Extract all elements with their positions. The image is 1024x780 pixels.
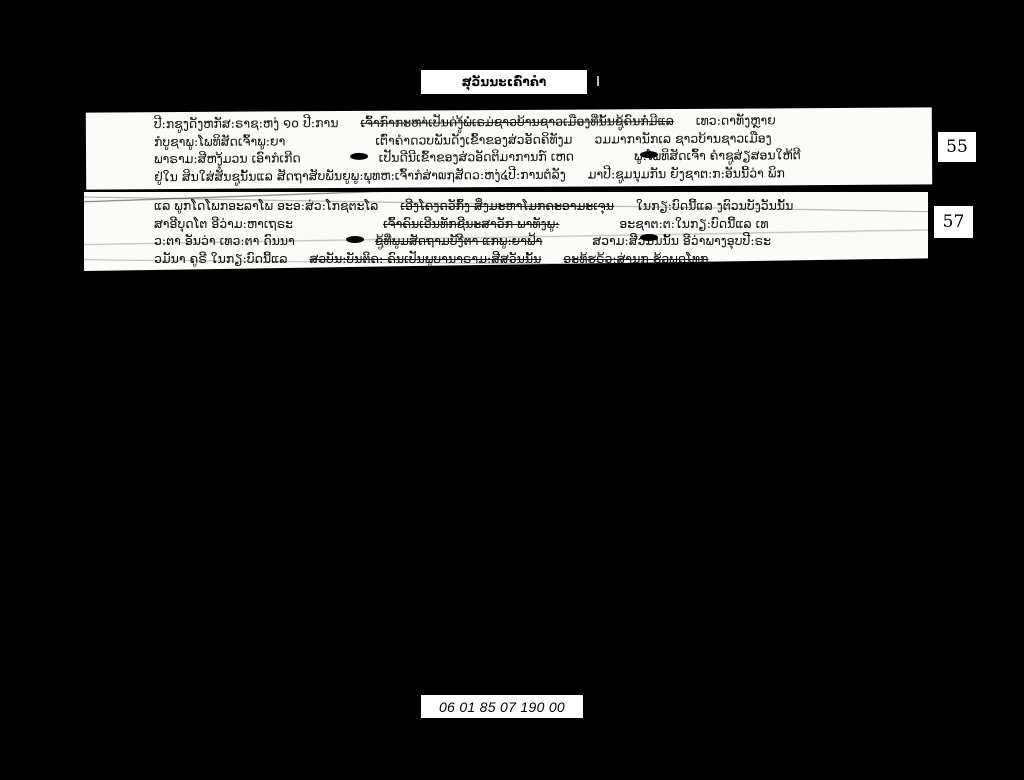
text-segment: ວມັນາ ຄູຣີ ໃນກຽ:ບົດນີ້ແລ: [154, 250, 287, 268]
leaf-1-line-4: ຢູ່ໃນ ສິນໃສ່ສັນຊູນັ້ນແລ ສັດຖາສັບພັນຍູພູ:…: [154, 163, 922, 185]
text-segment: ອະທຸ້ຮຣ້ວ:ສ່ານກ ຮ້ວພຸດໂທກ: [563, 250, 708, 268]
leaf-2-line-1: ແລ ພູກໂດໂພກອະລາໂພ ອະອ:ສ່ວ:ໂກຊຕະໂລ ເອີງໂຄ…: [154, 197, 918, 215]
text-segment: ສວາມ:ສີວມັນນັ້ນ ອີວ່າພາງອຸບປີ:ຣະ: [592, 232, 771, 250]
binding-hole-icon: [350, 153, 368, 160]
text-segment: ໃນກຽ:ບົດນີ້ແລ ງຕົວນບັງວັນນັ້ນ: [636, 197, 793, 215]
text-segment: ສາອີບຸດໂຕ ອີວ່າມ:ຫາເຖຣະ: [154, 215, 293, 233]
text-segment: ມາປີ:ຊູມນຸມກັນ ຍັງຊາຕ:ກ:ອັນນີ້ວ່າ ພິກ: [588, 164, 785, 183]
text-segment: ຢູ່ໃນ ສິນໃສ່ສັນຊູນັ້ນແລ ສັດຖາສັບພັນຍູພູ:…: [154, 165, 566, 185]
text-segment: ພາຣາມ:ສີຫງຸ້ມວນ ເອົາກໍເກີດ: [154, 149, 301, 167]
text-segment: ອະຊາຕ:ຕ:ໃນກຽ:ບົດນີ້ແລ ເທ: [619, 215, 768, 233]
page-number-tag-55: 55: [938, 132, 976, 162]
text-segment: ວ:ຕາ ອັນວ່າ ເທວ:ຕາ ດົນນາ: [154, 232, 295, 250]
text-segment: ພູ:ໂພທິສັດເຈົ້າ ຄຳຊູສ່ຽສອນໃຫ້ຕີ: [634, 146, 801, 165]
text-segment: ວມມາການັກເລ ຊາວບ້ານຊາວເມືອງ: [594, 129, 771, 148]
text-segment: ປີ:ກຊູງດັງຫກັສ:ຣາຊ:ຫງ່ ໑໐ ປີ:ການ: [154, 114, 339, 133]
leaf-2-line-2: ສາອີບຸດໂຕ ອີວ່າມ:ຫາເຖຣະ ເຈົ້າຄົນເອີນທັກຊ…: [154, 215, 918, 233]
text-segment: ແລ ພູກໂດໂພກອະລາໂພ ອະອ:ສ່ວ:ໂກຊຕະໂລ: [154, 197, 378, 215]
text-segment: ເຕົ່າຄຳດວບພັນດັງເຂົ້າຂອງສ່ວອັດຄິທັງມ: [375, 130, 572, 149]
page-number-tag-57: 57: [934, 206, 973, 238]
text-segment: ຊູ້ທີ່ພູມສັດຖາມບັງີຕາ ແກພູ:ຍາຟ້າ: [375, 232, 542, 250]
text-segment: ເຈົ້າຄົນເອີນທັກຊີນະສາວັກ ພາທັງພູ:: [383, 215, 559, 233]
palm-leaf-2: ແລ ພູກໂດໂພກອະລາໂພ ອະອ:ສ່ວ:ໂກຊຕະໂລ ເອີງໂຄ…: [84, 192, 928, 271]
text-segment: ສວບັນ:ບັນຕິຄ: ຄົນເປັນພູບານາຣາມ:ສີສວັນນັ້…: [309, 250, 541, 268]
manuscript-scan: ສຸວັນນະເຄົ່າຄຳ ປີ:ກຊູງດັງຫກັສ:ຣາຊ:ຫງ່ ໑໐…: [0, 0, 1024, 780]
palm-leaf-1: ປີ:ກຊູງດັງຫກັສ:ຣາຊ:ຫງ່ ໑໐ ປີ:ການ ເຈົ້າກົ…: [86, 107, 932, 189]
leaf-2-line-4: ວມັນາ ຄູຣີ ໃນກຽ:ບົດນີ້ແລ ສວບັນ:ບັນຕິຄ: ຄ…: [154, 250, 918, 268]
archive-id-label: 06 01 85 07 190 00: [421, 695, 583, 718]
text-segment: ເຈົ້າກົາກະຫາ່ເປັນດ່ງູ້ພໍ່ເຣມ່ຊາວບ້ານຊາວເ…: [360, 112, 674, 131]
leaf-2-line-3: ວ:ຕາ ອັນວ່າ ເທວ:ຕາ ດົນນາ ຊູ້ທີ່ພູມສັດຖາມ…: [154, 232, 918, 250]
text-segment: ເປັນດີນີເຂົ້າຂອງສ່ວອັດຕິມາການກ໌ ເຫດ: [379, 148, 574, 167]
manuscript-title-label: ສຸວັນນະເຄົ່າຄຳ: [421, 70, 587, 94]
binding-hole-icon: [640, 234, 658, 241]
text-segment: ເອີງໂຄງດວັກ້ົງ ສິ່ງມະຫາໂມກຄະອາມະເຈຸນ: [400, 197, 614, 215]
binding-hole-icon: [346, 236, 364, 243]
text-segment: ກໍບູຊາພູ:ໂພທິສັດເຈົ້າພູ:ຍາ: [154, 132, 285, 150]
edge-tick-mark: [597, 76, 599, 86]
text-segment: ເທວ:ດາທັງຫຼາຍ: [696, 111, 776, 129]
